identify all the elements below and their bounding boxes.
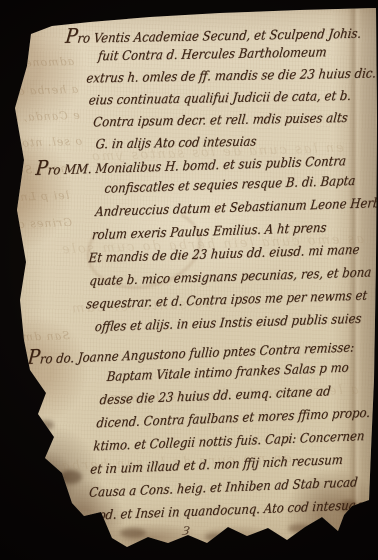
manuscript-page: admone Vl a herba dos e Canda, al o sel.…	[0, 0, 378, 560]
foxing-spot	[205, 533, 225, 541]
paragraph-3: Pro do. Joanne Angustono fullio pntes Co…	[0, 332, 378, 531]
foxing-spot	[288, 524, 312, 533]
foxing-spot	[120, 528, 146, 538]
paragraph-2: Pro MM. Monialibus H. bomd. et suis publ…	[0, 145, 378, 342]
paragraph-1: Pro Ventis Academiae Secund, et Sculpend…	[0, 19, 378, 158]
photo-background: admone Vl a herba dos e Canda, al o sel.…	[0, 0, 378, 560]
